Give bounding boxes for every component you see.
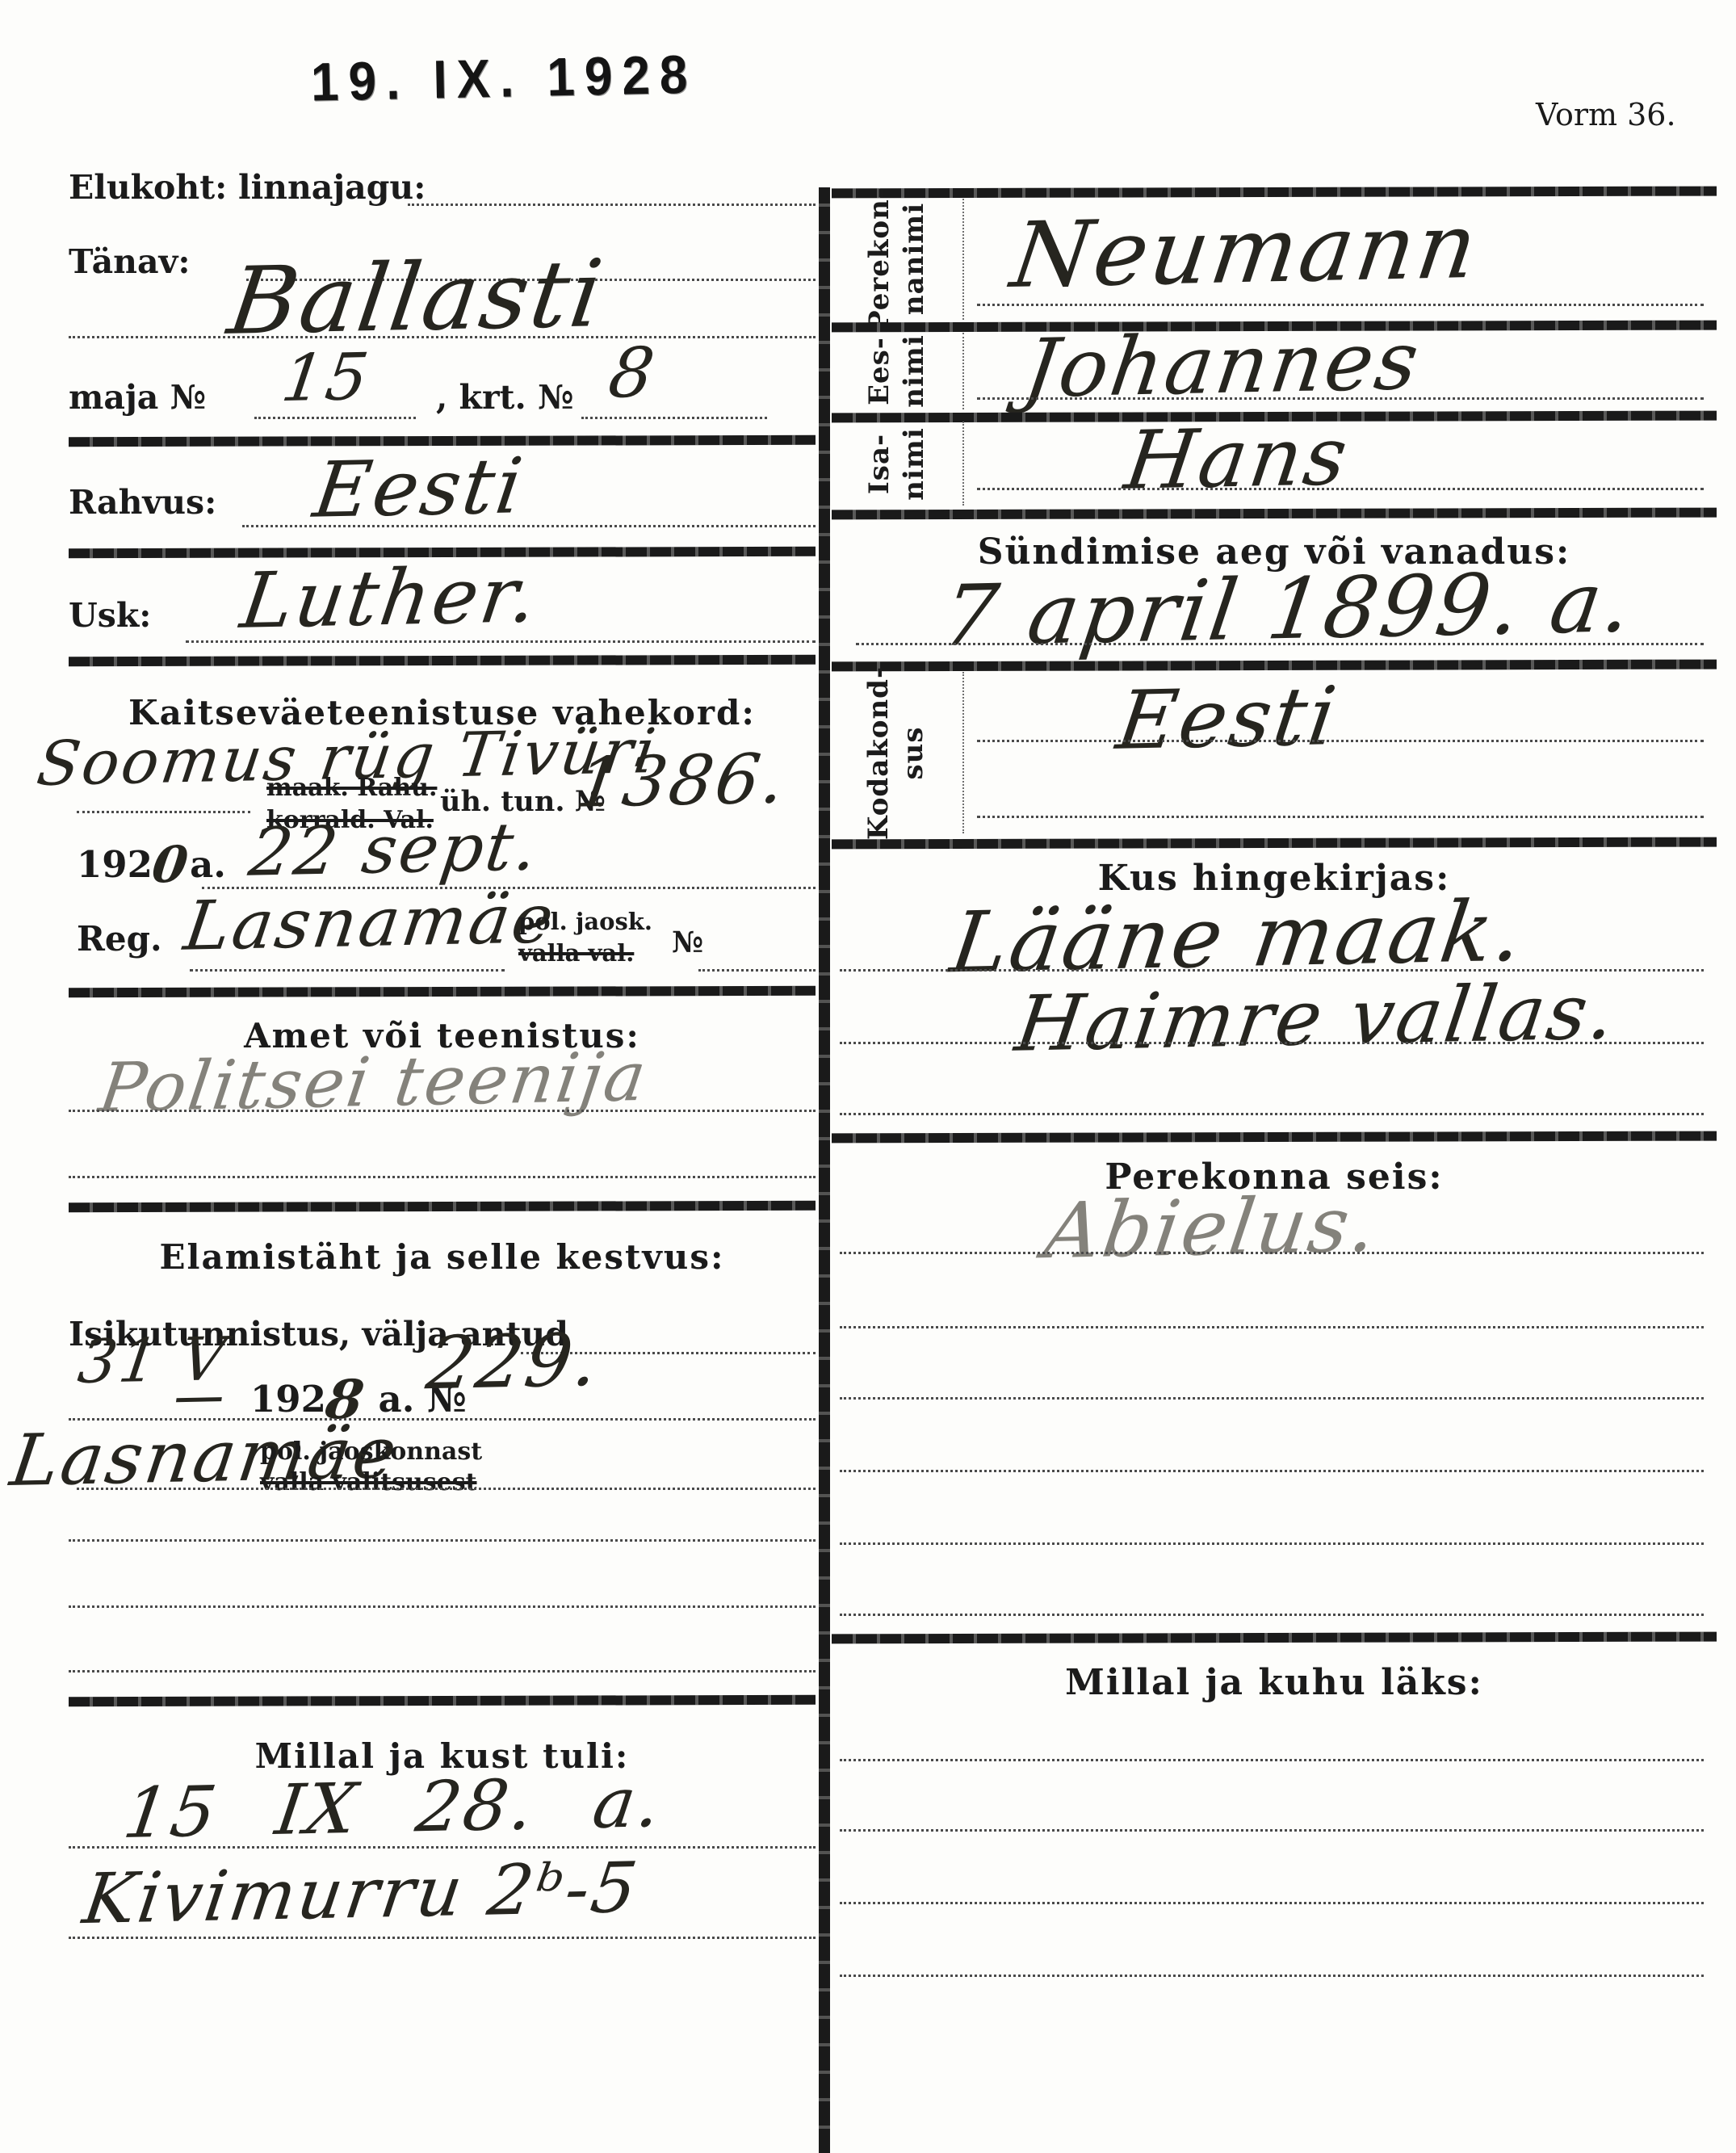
- kodakondsus-dotted-line-1: [977, 740, 1704, 742]
- label-separator: [962, 333, 964, 409]
- maja-handwritten-value: 15: [278, 345, 374, 411]
- perekonna-seis-dotted-line-2: [840, 1326, 1704, 1328]
- form-number: Vorm 36.: [1536, 97, 1676, 132]
- center-divider: [819, 187, 830, 2153]
- perekonna-seis-dotted-line-6: [840, 1614, 1704, 1616]
- kaitse-year-handwritten: 0: [149, 840, 194, 891]
- label-separator: [962, 199, 964, 320]
- divider-bar: [69, 655, 816, 666]
- hingekiri-handwritten-line2: Haimre vallas.: [1011, 974, 1621, 1063]
- divider-bar: [832, 1131, 1717, 1144]
- eesnimi-label-line1: Ees-: [862, 334, 897, 408]
- kodakondsus-label-line2: sus: [896, 665, 931, 839]
- divider-bar: [69, 986, 816, 997]
- kaitse-year: 1920a.: [77, 840, 226, 890]
- laks-dotted-line-3: [840, 1902, 1704, 1904]
- millal-tuli-handwritten-line1: 15 IX 28. a.: [120, 1768, 667, 1849]
- elamistaht-dotted-line-4: [69, 1605, 816, 1608]
- elamistaht-dotted-line-3: [69, 1539, 816, 1542]
- elamistaht-pol-jaosk-label: pol. jaoskonnast: [260, 1437, 482, 1466]
- perekonnanimi-label-line1: Perekon-: [862, 187, 897, 331]
- kaitse-valla-val-label: valla val.: [518, 939, 634, 967]
- kodakondsus-dotted-line-2: [977, 816, 1704, 818]
- elamistaht-dotted-line-2: [77, 1488, 816, 1490]
- kaitse-dotted-line-3: [190, 969, 505, 972]
- elamistaht-header: Elamistäht ja selle kestvus:: [69, 1237, 816, 1277]
- isanimi-label: Isa- nimi: [836, 423, 957, 504]
- eesnimi-label-line2: nimi: [896, 334, 931, 408]
- linnajagu-label: linnajagu:: [238, 168, 426, 207]
- kodakondsus-label-line1: Kodakond-: [862, 665, 897, 839]
- elukoht-dotted-line: [408, 204, 816, 206]
- registration-card-scan: 19. IX. 1928 Vorm 36. Elukoht: linnajagu…: [0, 0, 1736, 2153]
- perekonnanimi-label-line2: nanimi: [896, 187, 931, 331]
- krt-dotted-line: [581, 417, 767, 419]
- tanav-handwritten-value: Ballasti: [223, 248, 609, 349]
- millal-tuli-dotted-line-2: [69, 1937, 816, 1939]
- usk-handwritten-value: Luther.: [237, 557, 543, 640]
- laks-dotted-line-2: [840, 1829, 1704, 1832]
- eesnimi-label: Ees- nimi: [836, 334, 957, 407]
- perekonna-seis-dotted-line-4: [840, 1470, 1704, 1472]
- elamistaht-valla-valitsusest-label: valla valitsusest: [260, 1468, 477, 1496]
- laks-dotted-line-1: [840, 1759, 1704, 1761]
- divider-bar: [832, 508, 1717, 520]
- krt-label: , krt. №: [436, 378, 574, 417]
- isanimi-label-line2: nimi: [896, 427, 931, 501]
- isikutunnistus-date-month: V: [176, 1324, 233, 1402]
- hingekiri-dotted-line-2: [840, 1042, 1704, 1044]
- rahvus-handwritten-value: Eesti: [309, 448, 529, 529]
- label-separator: [962, 422, 964, 506]
- isanimi-dotted-line: [977, 488, 1704, 490]
- perekonnanimi-dotted-line: [977, 304, 1704, 306]
- krt-handwritten-value: 8: [605, 338, 660, 408]
- isikutunnistus-number-handwritten: 229.: [422, 1324, 604, 1400]
- tanav-label: Tänav:: [69, 242, 191, 281]
- millal-tuli-handwritten-line2: Kivimurru 2ᵇ-5: [79, 1853, 644, 1934]
- maja-dotted-line: [254, 417, 416, 419]
- isikutunnistus-date-handwritten: 31 V: [75, 1329, 232, 1392]
- kaitse-date-handwritten-value: 22 sept.: [245, 814, 543, 886]
- perekonnanimi-handwritten-value: Neumann: [1006, 201, 1484, 301]
- kaitse-reg-handwritten-value: Lasnamäe: [181, 884, 560, 960]
- amet-dotted-line-2: [69, 1176, 816, 1178]
- date-stamp: 19. IX. 1928: [310, 44, 698, 114]
- elamistaht-dotted-line-5: [69, 1670, 816, 1672]
- divider-bar: [832, 1632, 1717, 1644]
- kaitse-dotted-line-4: [698, 969, 816, 972]
- divider-bar: [69, 1201, 816, 1212]
- laks-dotted-line-4: [840, 1975, 1704, 1977]
- divider-bar: [69, 1695, 816, 1706]
- isikutunnistus-date-day: 31: [74, 1326, 165, 1397]
- maja-label: maja №: [69, 378, 206, 417]
- label-separator: [962, 672, 964, 833]
- kaitse-pol-jaosk-label: pol. jaosk.: [518, 908, 652, 935]
- kaitse-year-suffix: a.: [190, 843, 226, 886]
- rahvus-label: Rahvus:: [69, 483, 216, 522]
- perekonnanimi-label: Perekon- nanimi: [836, 200, 957, 317]
- millal-tuli-dotted-line-1: [69, 1846, 816, 1849]
- kodakondsus-label: Kodakond- sus: [836, 680, 957, 825]
- elukoht-label: Elukoht:: [69, 168, 227, 207]
- perekonna-seis-dotted-line-3: [840, 1397, 1704, 1400]
- kaitse-uh-tun-handwritten-value: 1386.: [572, 745, 791, 817]
- perekonna-seis-handwritten-value: Abielus.: [1040, 1187, 1383, 1271]
- laks-header: Millal ja kuhu läks:: [832, 1662, 1717, 1703]
- hingekiri-dotted-line-3: [840, 1113, 1704, 1115]
- perekonna-seis-dotted-line-1: [840, 1252, 1704, 1254]
- perekonna-seis-dotted-line-5: [840, 1542, 1704, 1545]
- kaitse-nr-label: №: [672, 925, 703, 959]
- kaitse-reg-label: Reg.: [77, 919, 162, 959]
- kaitse-dotted-line-1: [77, 811, 250, 813]
- isanimi-label-line1: Isa-: [862, 427, 897, 501]
- divider-bar: [832, 187, 1717, 199]
- kaitse-struck-maak: maak. Rahu.: [266, 774, 437, 802]
- sundimine-dotted-line: [856, 643, 1704, 645]
- eesnimi-handwritten-value: Johannes: [1019, 321, 1425, 409]
- kodakondsus-handwritten-value: Eesti: [1113, 676, 1343, 762]
- amet-dotted-line-1: [69, 1110, 816, 1112]
- divider-bar: [832, 837, 1717, 850]
- kaitse-year-printed: 192: [77, 843, 153, 886]
- usk-label: Usk:: [69, 596, 151, 635]
- eesnimi-dotted-line: [977, 397, 1704, 400]
